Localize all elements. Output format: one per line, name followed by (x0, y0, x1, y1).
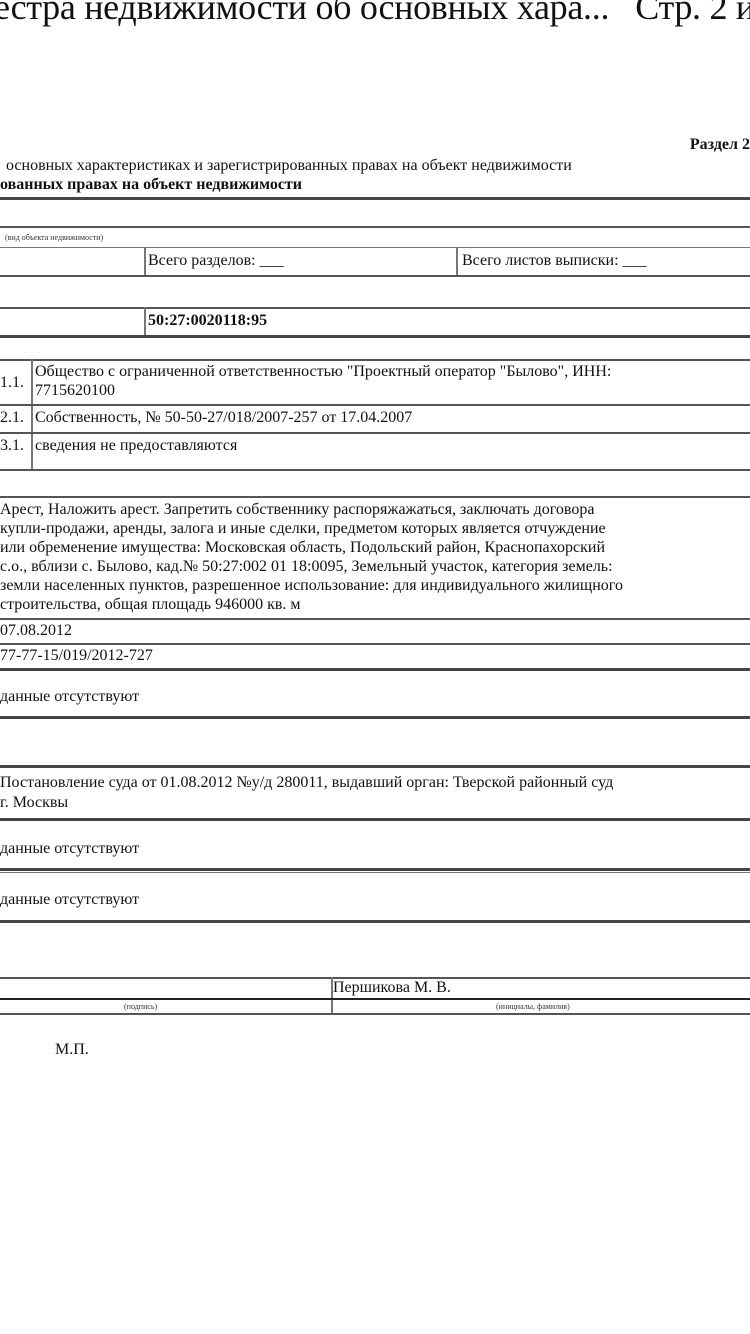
encumbrance-disputes: данные отсутствуют (0, 891, 139, 909)
encumbrance-description-1: Арест, Наложить арест. Запретить собстве… (0, 501, 594, 519)
registrar-name: Першикова М. В. (333, 979, 451, 997)
divider (0, 359, 750, 361)
total-sections-label: Всего разделов: ___ (148, 252, 284, 270)
rights-claims-info: сведения не предоставляются (35, 437, 237, 455)
divider (0, 998, 750, 1000)
encumbrance-claims: данные отсутствуют (0, 840, 139, 858)
rights-row-number: 2.1. (0, 409, 24, 427)
encumbrance-term: данные отсутствуют (0, 688, 139, 706)
total-sheets-label: Всего листов выписки: ___ (462, 252, 647, 270)
encumbrance-description-5: земли населенных пунктов, разрешенное ис… (0, 577, 623, 595)
section-label: Раздел 2 (690, 136, 750, 154)
encumbrance-description-4: с.о., вблизи с. Былово, кад.№ 50:27:002 … (0, 558, 613, 576)
divider (0, 818, 750, 821)
rights-row-number: 1.1. (0, 374, 24, 392)
divider (0, 432, 750, 434)
cell-divider (456, 247, 458, 276)
rights-holder: Общество с ограниченной ответственностью… (35, 363, 611, 381)
cadastral-number: 50:27:0020118:95 (148, 312, 267, 330)
document-title-fragment: естра недвижимости об основных хара... С… (0, 0, 750, 28)
section-subtitle-bold: ованных правах на объект недвижимости (0, 176, 302, 194)
divider (0, 872, 750, 873)
rights-type: Собственность, № 50-50-27/018/2007-257 о… (35, 409, 412, 427)
divider (0, 335, 750, 338)
divider (0, 469, 750, 471)
divider (0, 920, 750, 923)
name-caption: (инициалы, фамилия) (496, 1002, 570, 1011)
cell-divider (144, 247, 146, 276)
rights-holder-inn: 7715620100 (35, 382, 115, 400)
divider (0, 716, 750, 719)
divider (0, 765, 750, 768)
encumbrance-date: 07.08.2012 (0, 622, 72, 640)
object-type-caption: (вид объекта недвижимости) (5, 233, 103, 242)
divider (0, 618, 750, 620)
divider (0, 496, 750, 498)
signature-caption: (подпись) (124, 1002, 157, 1011)
divider (0, 247, 750, 248)
divider (0, 643, 750, 645)
page-indicator: Стр. 2 из (635, 0, 750, 27)
stamp-label: М.П. (55, 1041, 89, 1059)
divider (0, 868, 750, 871)
divider (0, 1013, 750, 1015)
rights-row-number: 3.1. (0, 437, 24, 455)
cell-divider (144, 307, 146, 336)
encumbrance-basis-2: г. Москвы (0, 794, 68, 812)
encumbrance-description-3: или обременение имущества: Московская об… (0, 539, 605, 557)
encumbrance-description-2: купли-продажи, аренды, залога и иные сде… (0, 520, 606, 538)
divider (0, 275, 750, 277)
divider (0, 307, 750, 309)
encumbrance-description-6: строительства, общая площадь 946000 кв. … (0, 596, 301, 614)
divider (0, 197, 750, 200)
section-subtitle: основных характеристиках и зарегистриров… (6, 157, 572, 175)
cell-divider (31, 359, 33, 471)
encumbrance-basis-1: Постановление суда от 01.08.2012 №у/д 28… (0, 774, 613, 792)
divider (0, 226, 750, 228)
divider (0, 668, 750, 671)
encumbrance-registration-number: 77-77-15/019/2012-727 (0, 647, 153, 665)
divider (0, 404, 750, 406)
